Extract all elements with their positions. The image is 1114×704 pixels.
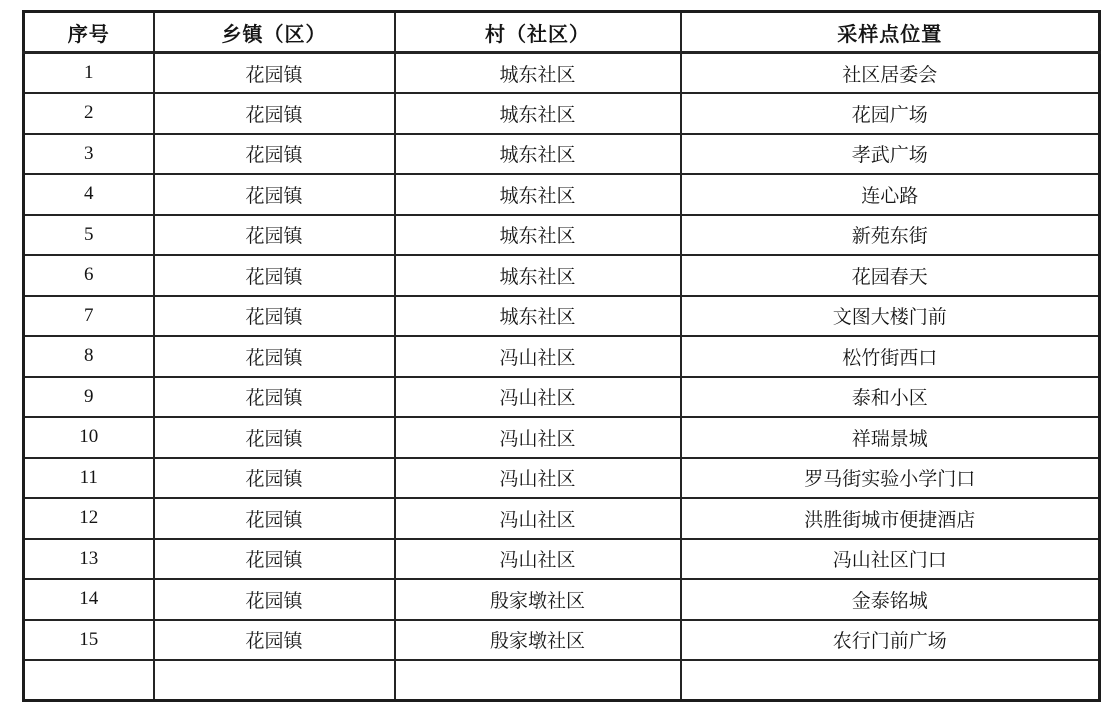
cell-township: 花园镇	[154, 579, 395, 620]
table-header: 序号 乡镇（区） 村（社区） 采样点位置	[24, 12, 1100, 53]
cell-township: 花园镇	[154, 93, 395, 134]
cell-village: 城东社区	[395, 296, 681, 337]
cell-location: 农行门前广场	[681, 620, 1100, 661]
cell-township: 花园镇	[154, 53, 395, 94]
cell-seq: 10	[24, 417, 154, 458]
column-header-seq: 序号	[24, 12, 154, 53]
cell-township: 花园镇	[154, 336, 395, 377]
table-row: 2花园镇城东社区花园广场	[24, 93, 1100, 134]
cell-seq: 6	[24, 255, 154, 296]
cell-township: 花园镇	[154, 296, 395, 337]
cell-village: 城东社区	[395, 215, 681, 256]
table-row: 5花园镇城东社区新苑东街	[24, 215, 1100, 256]
cell-location: 松竹街西口	[681, 336, 1100, 377]
cell-village: 城东社区	[395, 53, 681, 94]
cell-township: 花园镇	[154, 215, 395, 256]
cell-village: 殷家墩社区	[395, 620, 681, 661]
cell-township: 花园镇	[154, 498, 395, 539]
cell-seq: 8	[24, 336, 154, 377]
table-row: 14花园镇殷家墩社区金泰铭城	[24, 579, 1100, 620]
cell-village: 冯山社区	[395, 498, 681, 539]
cell-village: 殷家墩社区	[395, 579, 681, 620]
header-row: 序号 乡镇（区） 村（社区） 采样点位置	[24, 12, 1100, 53]
cell-township: 花园镇	[154, 458, 395, 499]
cell-location: 孝武广场	[681, 134, 1100, 175]
cell-location: 祥瑞景城	[681, 417, 1100, 458]
cell-location: 冯山社区门口	[681, 539, 1100, 580]
table-row: 7花园镇城东社区文图大楼门前	[24, 296, 1100, 337]
table-row-clipped	[24, 660, 1100, 700]
cell-township: 花园镇	[154, 417, 395, 458]
cell-location: 泰和小区	[681, 377, 1100, 418]
table-row: 11花园镇冯山社区罗马街实验小学门口	[24, 458, 1100, 499]
column-header-location: 采样点位置	[681, 12, 1100, 53]
table-row: 15花园镇殷家墩社区农行门前广场	[24, 620, 1100, 661]
cell-location: 连心路	[681, 174, 1100, 215]
cell-township: 花园镇	[154, 174, 395, 215]
table-row: 9花园镇冯山社区泰和小区	[24, 377, 1100, 418]
cell-village: 冯山社区	[395, 336, 681, 377]
cell-seq: 11	[24, 458, 154, 499]
cell-seq	[24, 660, 154, 700]
cell-village: 城东社区	[395, 255, 681, 296]
table-row: 10花园镇冯山社区祥瑞景城	[24, 417, 1100, 458]
table-row: 6花园镇城东社区花园春天	[24, 255, 1100, 296]
cell-seq: 4	[24, 174, 154, 215]
cell-seq: 3	[24, 134, 154, 175]
cell-village	[395, 660, 681, 700]
table-body: 1花园镇城东社区社区居委会2花园镇城东社区花园广场3花园镇城东社区孝武广场4花园…	[24, 53, 1100, 701]
cell-seq: 13	[24, 539, 154, 580]
cell-village: 冯山社区	[395, 377, 681, 418]
table-row: 3花园镇城东社区孝武广场	[24, 134, 1100, 175]
column-header-township: 乡镇（区）	[154, 12, 395, 53]
cell-location: 社区居委会	[681, 53, 1100, 94]
table-row: 1花园镇城东社区社区居委会	[24, 53, 1100, 94]
cell-seq: 2	[24, 93, 154, 134]
cell-seq: 5	[24, 215, 154, 256]
cell-location: 文图大楼门前	[681, 296, 1100, 337]
table-row: 12花园镇冯山社区洪胜街城市便捷酒店	[24, 498, 1100, 539]
cell-township: 花园镇	[154, 620, 395, 661]
column-header-village: 村（社区）	[395, 12, 681, 53]
cell-seq: 12	[24, 498, 154, 539]
cell-seq: 1	[24, 53, 154, 94]
cell-location: 花园春天	[681, 255, 1100, 296]
cell-location: 罗马街实验小学门口	[681, 458, 1100, 499]
sampling-points-table: 序号 乡镇（区） 村（社区） 采样点位置 1花园镇城东社区社区居委会2花园镇城东…	[22, 10, 1101, 702]
cell-township: 花园镇	[154, 255, 395, 296]
cell-village: 冯山社区	[395, 539, 681, 580]
cell-township: 花园镇	[154, 134, 395, 175]
cell-seq: 9	[24, 377, 154, 418]
cell-village: 城东社区	[395, 93, 681, 134]
cell-location	[681, 660, 1100, 700]
table-row: 13花园镇冯山社区冯山社区门口	[24, 539, 1100, 580]
cell-township: 花园镇	[154, 539, 395, 580]
cell-township	[154, 660, 395, 700]
cell-village: 冯山社区	[395, 458, 681, 499]
table-row: 8花园镇冯山社区松竹街西口	[24, 336, 1100, 377]
cell-township: 花园镇	[154, 377, 395, 418]
cell-location: 洪胜街城市便捷酒店	[681, 498, 1100, 539]
cell-location: 金泰铭城	[681, 579, 1100, 620]
table-row: 4花园镇城东社区连心路	[24, 174, 1100, 215]
cell-seq: 15	[24, 620, 154, 661]
cell-seq: 7	[24, 296, 154, 337]
cell-location: 新苑东街	[681, 215, 1100, 256]
cell-village: 城东社区	[395, 134, 681, 175]
cell-seq: 14	[24, 579, 154, 620]
cell-village: 冯山社区	[395, 417, 681, 458]
cell-village: 城东社区	[395, 174, 681, 215]
cell-location: 花园广场	[681, 93, 1100, 134]
